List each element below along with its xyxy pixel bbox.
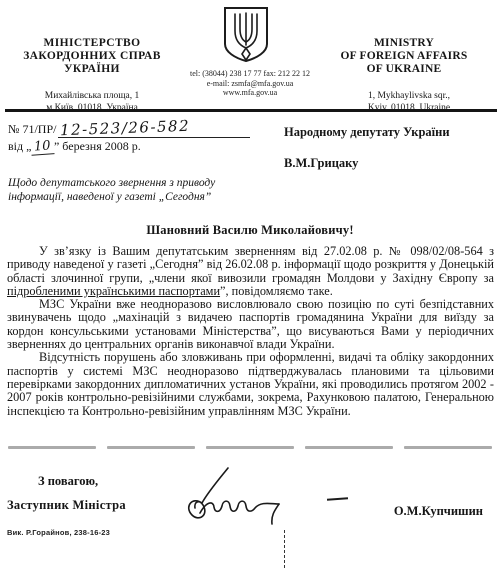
dashed-separator [8,446,492,449]
ministry-ua-line: МІНІСТЕРСТВО [4,37,180,50]
dash-segment [8,446,96,449]
pen-dashed-vertical-line [284,530,285,568]
ministry-en-line: OF FOREIGN AFFAIRS [316,50,492,63]
date-prefix: від „ [8,139,31,153]
paragraph-2: МЗС України вже неодноразово висловлювал… [7,298,494,351]
closing-phrase: З повагою, [38,474,98,489]
ministry-en-line: MINISTRY [316,37,492,50]
dash-segment [206,446,294,449]
reference-number-line: № 71/ПР/12-523/26-582 [8,119,268,138]
pen-dash-mark [327,497,348,500]
email-line: e-mail: zsmfa@mfa.gov.ua [122,79,378,89]
phone-fax-line: tel: (38044) 238 17 77 fax: 212 22 12 [122,69,378,79]
address-ua-line: Михайлівська площа, 1 [8,90,176,102]
scanned-letter-page: МІНІСТЕРСТВО ЗАКОРДОННИХ СПРАВ УКРАЇНИ M… [0,0,500,573]
letter-body: У зв’язку із Вашим депутатським зверненн… [7,245,494,418]
date-day-handwritten: 10 [31,138,55,156]
paragraph-1-text: У зв’язку із Вашим депутатським зверненн… [7,244,494,285]
subject-block: Щодо депутатського звернення з приводу і… [8,176,258,204]
address-en-line: 1, Mykhaylivska sqr., [326,90,492,102]
reference-number-handwritten: 12-523/26-582 [58,117,191,140]
addressee-name: В.М.Грицаку [284,156,494,171]
dash-segment [107,446,195,449]
reference-number-underline: 12-523/26-582 [58,119,250,138]
reference-number-prefix: № 71/ПР/ [8,122,56,136]
salutation: Шановний Василю Миколайовичу! [0,223,500,238]
paragraph-3: Відсутність порушень або зловживань при … [7,351,494,417]
ministry-ua-line: ЗАКОРДОННИХ СПРАВ [4,50,180,63]
handwritten-signature-icon [180,466,305,532]
subject-line: інформації, наведеної у газеті „Сегодня” [8,190,258,204]
signer-name: О.М.Купчишин [394,504,483,519]
paragraph-1-underlined-text: підробленими українськими паспортами [7,284,220,298]
addressee-title: Народному депутату України [284,125,494,140]
letterhead-divider [5,109,497,112]
ukraine-trident-emblem-icon [219,5,273,67]
address-en-line: Kyiv, 01018, Ukraine [326,102,492,114]
signer-position: Заступник Міністра [7,498,126,513]
addressee-block: Народному депутату України В.М.Грицаку [284,125,494,171]
subject-line: Щодо депутатського звернення з приводу [8,176,258,190]
paragraph-1: У зв’язку із Вашим депутатським зверненн… [7,245,494,298]
dash-segment [404,446,492,449]
reference-date-line: від „10” березня 2008 р. [8,139,268,155]
paragraph-1-tail: ”, повідомляємо таке. [220,284,333,298]
executor-note: Вик. Р.Горайнов, 238-16-23 [7,528,110,537]
date-suffix: ” березня 2008 р. [54,139,141,153]
address-ua-line: м.Київ, 01018, Україна [8,102,176,114]
dash-segment [305,446,393,449]
reference-block: № 71/ПР/12-523/26-582 від „10” березня 2… [8,119,268,155]
